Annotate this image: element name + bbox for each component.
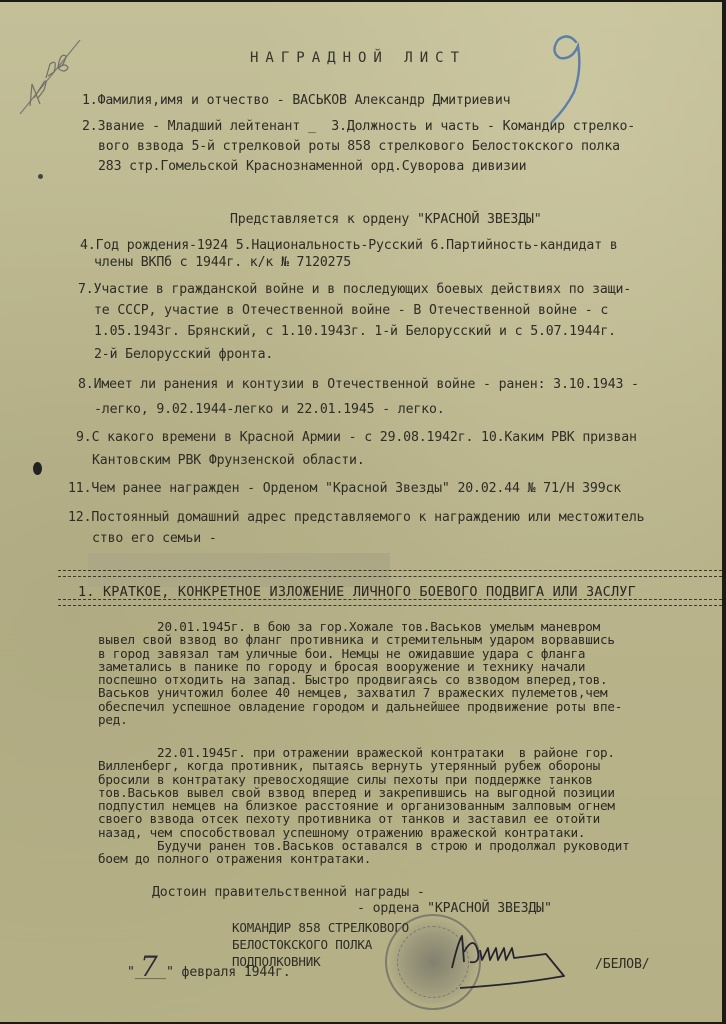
conclusion-line1: Достоин правительственной награды - bbox=[152, 886, 425, 899]
field-rank-position-cont2: 283 стр.Гомельской Краснознаменной орд.С… bbox=[98, 160, 526, 173]
field-rank-position: 2.Звание - Младший лейтенант _ 3.Должнос… bbox=[82, 120, 635, 133]
award-sheet: НАГРАДНОЙ ЛИСТ 1.Фамилия,имя и отчество … bbox=[0, 2, 722, 1022]
date-line: "____" февраля 1944г. bbox=[127, 966, 291, 979]
signatory-name: /БЕЛОВ/ bbox=[595, 958, 650, 971]
field-war-participation-cont3: 2-й Белорусский фронта. bbox=[94, 348, 273, 361]
field-war-participation: 7.Участие в гражданской войне и в послед… bbox=[78, 283, 631, 296]
field-service-since: 9.С какого времени в Красной Армии - с 2… bbox=[76, 431, 637, 444]
document-title: НАГРАДНОЙ ЛИСТ bbox=[250, 50, 466, 66]
field-party-card: члены ВКПб с 1944г. к/к № 7120275 bbox=[94, 256, 351, 269]
field-service-since-cont: Кантовским РВК Фрунзенской области. bbox=[92, 454, 365, 467]
divider-top bbox=[58, 570, 722, 577]
field-war-participation-cont2: 1.05.1943г. Брянский, с 1.10.1943г. 1-й … bbox=[94, 325, 616, 338]
blue-number-nine-mark bbox=[548, 30, 588, 130]
field-full-name: 1.Фамилия,имя и отчество - ВАСЬКОВ Алекс… bbox=[82, 94, 510, 107]
field-home-address-cont: ство его семьи - bbox=[92, 532, 217, 545]
signatory-unit: БЕЛОСТОКСКОГО ПОЛКА bbox=[232, 939, 372, 952]
field-rank-position-cont1: вого взвода 5-й стрелковой роты 858 стре… bbox=[98, 140, 620, 153]
signatory-title: КОМАНДИР 858 СТРЕЛКОВОГО bbox=[232, 922, 409, 935]
signature-icon bbox=[440, 922, 590, 1002]
field-birth-nationality-party: 4.Год рождения-1924 5.Национальность-Рус… bbox=[80, 239, 617, 252]
section-heading: 1. КРАТКОЕ, КОНКРЕТНОЕ ИЗЛОЖЕНИЕ ЛИЧНОГО… bbox=[78, 584, 636, 600]
field-previous-awards: 11.Чем ранее награжден - Орденом "Красно… bbox=[68, 482, 621, 495]
field-wounds-cont: -легко, 9.02.1944-легко и 22.01.1945 - л… bbox=[94, 403, 445, 416]
divider-bottom bbox=[58, 599, 722, 606]
conclusion-line2: - ордена "КРАСНОЙ ЗВЕЗДЫ" bbox=[357, 902, 552, 915]
narrative-paragraph-1: 20.01.1945г. в бою за гор.Хожале тов.Вас… bbox=[98, 620, 722, 726]
ink-blot bbox=[33, 462, 42, 475]
field-wounds: 8.Имеет ли ранения и контузии в Отечеств… bbox=[78, 378, 639, 391]
field-home-address: 12.Постоянный домашний адрес представляе… bbox=[68, 511, 644, 524]
ink-speck bbox=[38, 174, 43, 179]
margin-annotation-icon bbox=[14, 38, 84, 118]
nomination-line: Представляется к ордену "КРАСНОЙ ЗВЕЗДЫ" bbox=[230, 213, 542, 226]
narrative-paragraph-2: 22.01.1945г. при отражении вражеской кон… bbox=[98, 746, 722, 866]
field-war-participation-cont1: те СССР, участие в Отечественной войне -… bbox=[94, 304, 608, 317]
